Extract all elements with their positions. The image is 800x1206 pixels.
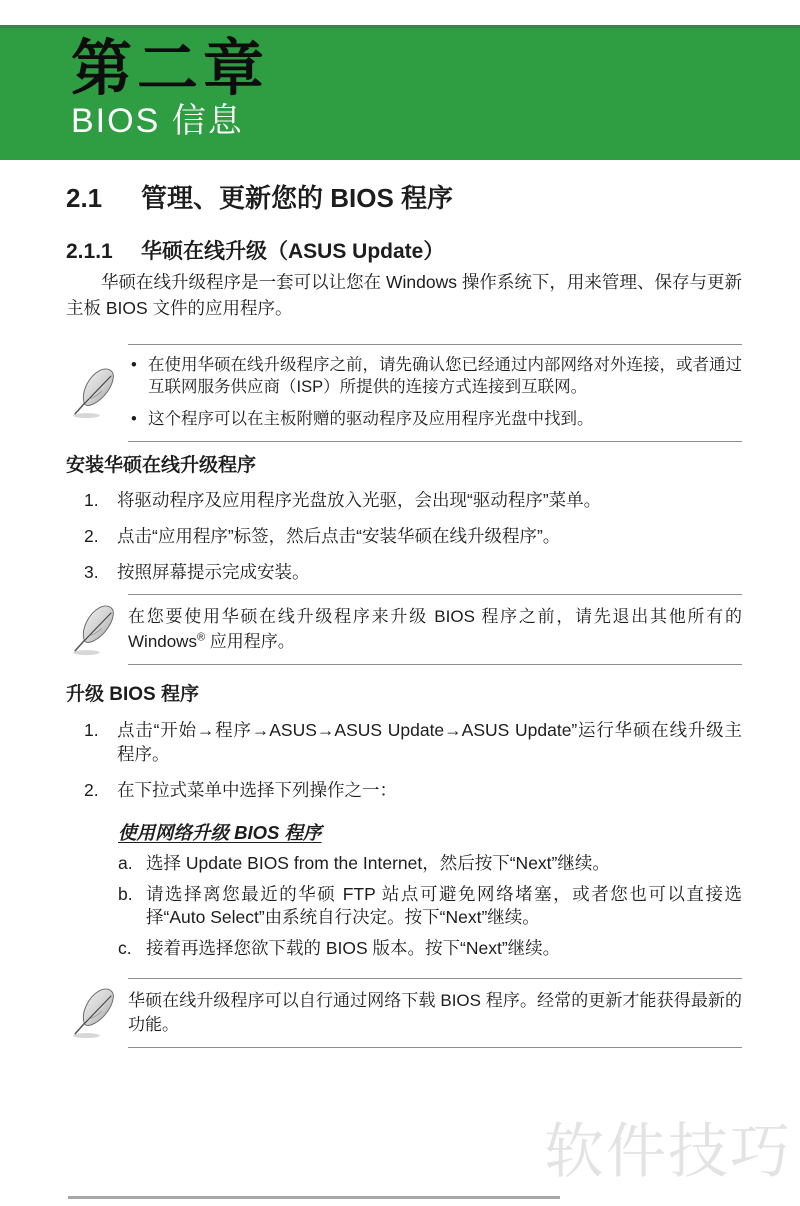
list-item: 1. 将驱动程序及应用程序光盘放入光驱，会出现“驱动程序”菜单。 xyxy=(66,489,742,513)
step-text: 选择 Update BIOS from the Internet，然后按下“Ne… xyxy=(146,852,742,875)
note-box: 华硕在线升级程序可以自行通过网络下载 BIOS 程序。经常的更新才能获得最新的功… xyxy=(66,978,742,1049)
net-update-heading: 使用网络升级 BIOS 程序 xyxy=(118,822,742,844)
quill-note-icon xyxy=(70,986,120,1040)
step-text: 将驱动程序及应用程序光盘放入光驱，会出现“驱动程序”菜单。 xyxy=(117,489,742,513)
step-number: 2. xyxy=(84,779,117,803)
note-item: • 在使用华硕在线升级程序之前，请先确认您已经通过内部网络对外连接，或者通过互联… xyxy=(128,355,742,399)
step-number: 1. xyxy=(84,489,117,513)
note-body: 华硕在线升级程序可以自行通过网络下载 BIOS 程序。经常的更新才能获得最新的功… xyxy=(128,978,742,1049)
note-item: • 这个程序可以在主板附赠的驱动程序及应用程序光盘中找到。 xyxy=(128,409,742,431)
step-text: 接着再选择您欲下载的 BIOS 版本。按下“Next”继续。 xyxy=(146,937,742,960)
step-text: 按照屏幕提示完成安装。 xyxy=(117,561,742,585)
intro-paragraph: 华硕在线升级程序是一套可以让您在 Windows 操作系统下，用来管理、保存与更… xyxy=(66,270,742,321)
bullet-marker: • xyxy=(131,355,137,377)
note-text: 华硕在线升级程序可以自行通过网络下载 BIOS 程序。经常的更新才能获得最新的功… xyxy=(128,989,742,1038)
section-number: 2.1 xyxy=(66,183,141,214)
quill-note-icon xyxy=(70,366,120,420)
list-item: 2. 点击“应用程序”标签，然后点击“安装华硕在线升级程序”。 xyxy=(66,525,742,549)
install-heading: 安装华硕在线升级程序 xyxy=(66,455,742,478)
subsection-number: 2.1.1 xyxy=(66,239,141,264)
step-text: 在下拉式菜单中选择下列操作之一： xyxy=(117,779,742,803)
step-letter: c. xyxy=(118,937,146,960)
registered-trademark: ® xyxy=(197,631,205,643)
upgrade-steps: 1. 点击“开始→程序→ASUS→ASUS Update→ASUS Update… xyxy=(66,719,742,803)
list-item: 1. 点击“开始→程序→ASUS→ASUS Update→ASUS Update… xyxy=(66,719,742,767)
manual-page: 第二章 BIOS 信息 2.1 管理、更新您的 BIOS 程序 2.1.1 华硕… xyxy=(0,0,800,1206)
note-text: 这个程序可以在主板附赠的驱动程序及应用程序光盘中找到。 xyxy=(148,410,594,428)
upgrade-heading: 升级 BIOS 程序 xyxy=(66,684,742,707)
note-icon-column xyxy=(66,594,128,665)
note-body: • 在使用华硕在线升级程序之前，请先确认您已经通过内部网络对外连接，或者通过互联… xyxy=(128,344,742,442)
install-steps: 1. 将驱动程序及应用程序光盘放入光驱，会出现“驱动程序”菜单。 2. 点击“应… xyxy=(66,489,742,585)
section-heading: 2.1 管理、更新您的 BIOS 程序 xyxy=(66,183,742,214)
note-box: 在您要使用华硕在线升级程序来升级 BIOS 程序之前，请先退出其他所有的 Win… xyxy=(66,594,742,665)
subsection-heading: 2.1.1 华硕在线升级（ASUS Update） xyxy=(66,239,742,264)
note-icon-column xyxy=(66,344,128,442)
watermark-text: 软件技巧 xyxy=(544,1104,792,1190)
list-item: 3. 按照屏幕提示完成安装。 xyxy=(66,561,742,585)
list-item: c. 接着再选择您欲下载的 BIOS 版本。按下“Next”继续。 xyxy=(66,937,742,960)
quill-note-icon xyxy=(70,603,120,657)
bullet-marker: • xyxy=(131,409,137,431)
step-letter: b. xyxy=(118,883,146,929)
step-text: 请选择离您最近的华硕 FTP 站点可避免网络堵塞，或者您也可以直接选择“Auto… xyxy=(146,883,742,929)
section-title: 管理、更新您的 BIOS 程序 xyxy=(141,183,453,214)
note-icon-column xyxy=(66,978,128,1049)
step-number: 1. xyxy=(84,719,117,767)
step-number: 3. xyxy=(84,561,117,585)
chapter-banner: 第二章 BIOS 信息 xyxy=(0,25,800,160)
subsection-title: 华硕在线升级（ASUS Update） xyxy=(141,239,444,264)
list-item: a. 选择 Update BIOS from the Internet，然后按下… xyxy=(66,852,742,875)
step-text: 点击“开始→程序→ASUS→ASUS Update→ASUS Update”运行… xyxy=(117,719,742,767)
net-update-steps: a. 选择 Update BIOS from the Internet，然后按下… xyxy=(66,852,742,960)
note-box: • 在使用华硕在线升级程序之前，请先确认您已经通过内部网络对外连接，或者通过互联… xyxy=(66,344,742,442)
step-number: 2. xyxy=(84,525,117,549)
note-text: 在使用华硕在线升级程序之前，请先确认您已经通过内部网络对外连接，或者通过互联网服… xyxy=(148,356,742,396)
chapter-title: BIOS 信息 xyxy=(71,103,800,140)
note-text: 在您要使用华硕在线升级程序来升级 BIOS 程序之前，请先退出其他所有的 Win… xyxy=(128,605,742,654)
chapter-number: 第二章 xyxy=(71,36,800,100)
list-item: b. 请选择离您最近的华硕 FTP 站点可避免网络堵塞，或者您也可以直接选择“A… xyxy=(66,883,742,929)
step-text: 点击“应用程序”标签，然后点击“安装华硕在线升级程序”。 xyxy=(117,525,742,549)
footer-divider xyxy=(68,1196,560,1199)
step-letter: a. xyxy=(118,852,146,875)
page-content: 2.1 管理、更新您的 BIOS 程序 2.1.1 华硕在线升级（ASUS Up… xyxy=(66,159,742,1048)
note-body: 在您要使用华硕在线升级程序来升级 BIOS 程序之前，请先退出其他所有的 Win… xyxy=(128,594,742,665)
list-item: 2. 在下拉式菜单中选择下列操作之一： xyxy=(66,779,742,803)
